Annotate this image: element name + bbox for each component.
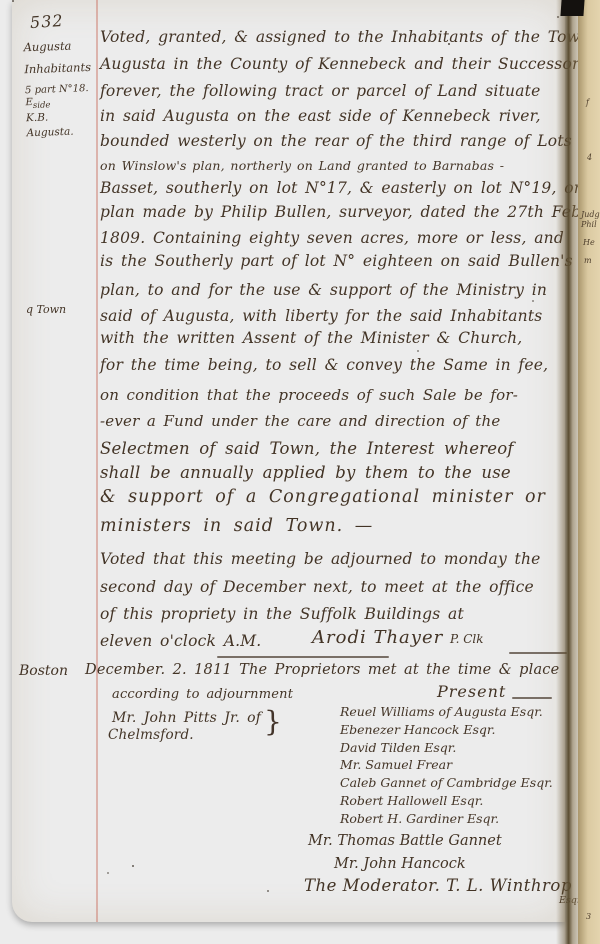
meeting-dateline: December. 2. 1811 The Proprietors met at… — [85, 663, 559, 678]
clerk-title: P. Clk — [450, 632, 484, 646]
facing-page-fragment: Judg — [581, 210, 600, 219]
manuscript-line: Selectmen of said Town, the Interest whe… — [100, 441, 514, 458]
facing-page-fragment: He — [583, 238, 595, 247]
attendee: Caleb Gannet of Cambridge Esqr. — [340, 774, 553, 792]
manuscript-line: said of Augusta, with liberty for the sa… — [100, 309, 542, 325]
manuscript-line: second day of December next, to meet at … — [100, 580, 534, 596]
clerk-signature: Arodi Thayer P. Clk — [312, 627, 484, 648]
margin-rule-line — [96, 0, 98, 922]
manuscript-line: ministers in said Town. — — [100, 518, 373, 536]
meeting-line: according to adjournment — [112, 688, 293, 701]
paper-specks — [12, 0, 14, 2]
attendee: Ebenezer Hancock Esqr. — [340, 721, 553, 739]
present-heading: Present — [437, 682, 506, 701]
facing-page-fragment: 3 — [586, 912, 591, 921]
manuscript-line: 1809. Containing eighty seven acres, mor… — [100, 231, 564, 247]
manuscript-line: Voted that this meeting be adjourned to … — [100, 552, 541, 568]
manuscript-line: for the time being, to sell & convey the… — [100, 358, 548, 374]
attendee: Robert Hallowell Esqr. — [340, 792, 553, 810]
manuscript-line: bounded westerly on the rear of the thir… — [100, 134, 572, 150]
manuscript-line: Basset, southerly on lot N°17, & easterl… — [100, 181, 600, 197]
attendee-list: Reuel Williams of Augusta Esqr. Ebenezer… — [340, 703, 553, 827]
book-gutter — [556, 0, 580, 944]
facing-page-fragment: m — [584, 256, 592, 265]
scanned-document: 532 Augusta Inhabitants 5 part N°18. Esi… — [0, 0, 600, 944]
manuscript-line: Augusta in the County of Kennebeck and t… — [100, 57, 600, 73]
manuscript-line: & support of a Congregational minister o… — [100, 489, 546, 507]
attendee: Robert H. Gardiner Esqr. — [340, 810, 553, 828]
petitioner-line: Mr. John Pitts Jr. of — [112, 711, 261, 725]
attendee: David Tilden Esqr. — [340, 739, 553, 757]
margin-place-note: Boston — [19, 663, 68, 679]
facing-page-fragment: 4 — [587, 153, 592, 162]
petitioner-line: Chelmsford. — [108, 729, 194, 743]
manuscript-line: plan made by Philip Bullen, surveyor, da… — [100, 205, 586, 221]
attendee: Mr. John Hancock — [334, 856, 466, 872]
binding-black-mark — [560, 0, 584, 16]
margin-insertion-note: q Town — [26, 303, 66, 316]
margin-note-line: Augusta — [23, 35, 96, 59]
manuscript-line: -ever a Fund under the care and directio… — [100, 414, 500, 429]
margin-note-line: K.B. Augusta. — [26, 109, 99, 141]
margin-note-sub: side — [33, 100, 51, 111]
margin-note-line: Inhabitants — [24, 57, 97, 81]
manuscript-line: of this propriety in the Suffolk Buildin… — [100, 607, 464, 623]
manuscript-line: forever, the following tract or parcel o… — [100, 84, 540, 100]
manuscript-line: with the written Assent of the Minister … — [100, 331, 522, 347]
manuscript-line: on Winslow's plan, northerly on Land gra… — [100, 160, 504, 173]
manuscript-line: eleven o'clock A.M. — [100, 634, 261, 650]
facing-page-sliver: f 4 Judg Phil He m 3 — [578, 0, 600, 944]
manuscript-line: in said Augusta on the east side of Kenn… — [100, 109, 541, 125]
moderator-signature: The Moderator. T. L. Winthrop — [304, 876, 572, 895]
margin-note-line: 5 part N°18. Eside — [25, 82, 98, 111]
present-flourish — [512, 697, 552, 699]
manuscript-line: plan, to and for the use & support of th… — [100, 283, 547, 299]
manuscript-page: 532 Augusta Inhabitants 5 part N°18. Esi… — [12, 0, 565, 922]
margin-notes: Augusta Inhabitants 5 part N°18. Eside K… — [23, 35, 99, 141]
manuscript-line: Voted, granted, & assigned to the Inhabi… — [100, 30, 600, 46]
manuscript-line: shall be annually applied by them to the… — [100, 465, 511, 482]
page-number: 532 — [29, 11, 64, 32]
signature-underline — [217, 656, 389, 658]
manuscript-line: is the Southerly part of lot N° eighteen… — [100, 254, 573, 270]
facing-page-fragment: f — [586, 98, 589, 107]
facing-page-fragment: Phil — [581, 220, 597, 229]
manuscript-line: on condition that the proceeds of such S… — [100, 388, 518, 403]
attendee: Reuel Williams of Augusta Esqr. — [340, 703, 553, 721]
attendee: Mr. Thomas Battle Gannet — [308, 833, 502, 849]
attendee: Mr. Samuel Frear — [340, 756, 553, 774]
petitioner-brace: } — [264, 705, 282, 738]
